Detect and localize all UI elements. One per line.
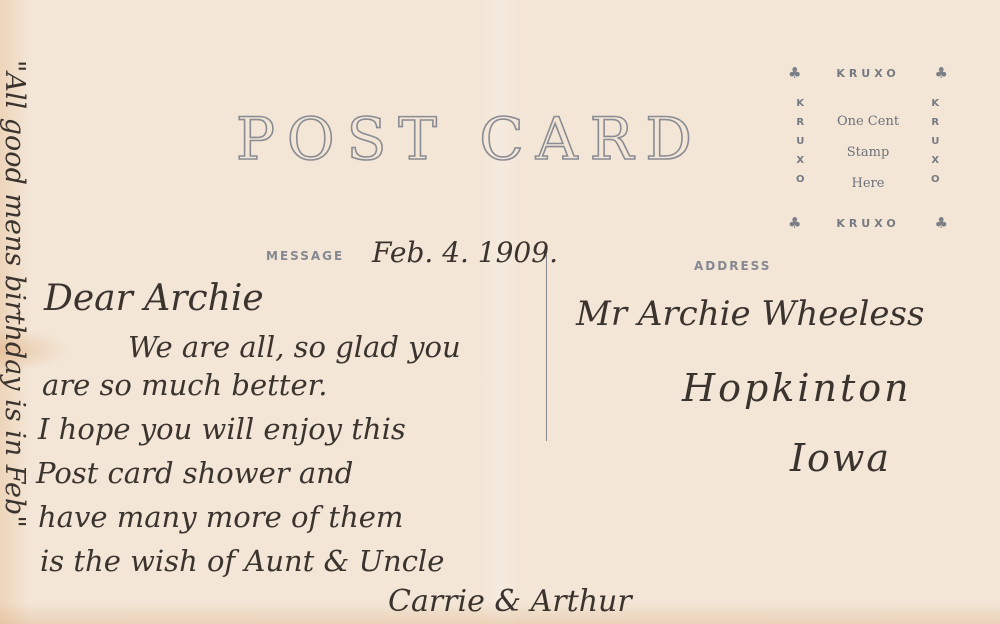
stamp-brand-top: KRUXO — [836, 67, 899, 80]
stamp-letter: K — [796, 94, 805, 113]
post-card-heading: POST CARD — [236, 104, 706, 174]
stamp-letter: U — [931, 132, 940, 151]
message-line: Dear Archie — [44, 278, 264, 319]
message-line: Post card shower and — [36, 456, 353, 490]
stamp-letter: K — [931, 94, 940, 113]
stamp-line-stamp: Stamp — [818, 137, 918, 168]
stamp-letter: U — [796, 132, 805, 151]
address-state: Iowa — [790, 436, 891, 480]
message-line: have many more of them — [38, 500, 403, 534]
address-name: Mr Archie Wheeless — [576, 294, 924, 334]
message-line: We are all, so glad you — [128, 330, 461, 364]
stamp-brand-bottom: KRUXO — [836, 217, 899, 230]
stamp-letter: X — [796, 151, 805, 170]
signature: Carrie & Arthur — [388, 584, 632, 619]
stamp-brand-left: K R U X O — [796, 94, 805, 189]
stamp-letter: O — [796, 170, 805, 189]
stamp-letter: R — [931, 113, 940, 132]
stamp-line-here: Here — [818, 168, 918, 199]
stamp-letter: O — [931, 170, 940, 189]
clover-icon: ♣ — [788, 64, 801, 82]
address-city: Hopkinton — [682, 366, 912, 410]
message-address-divider — [546, 255, 547, 441]
handwritten-date: Feb. 4. 1909. — [372, 236, 558, 269]
stamp-placeholder: ♣ KRUXO ♣ K R U X O K R U X O One Cent S… — [788, 60, 948, 236]
clover-icon: ♣ — [788, 214, 801, 232]
message-label: MESSAGE — [266, 249, 344, 263]
stamp-letter: X — [931, 151, 940, 170]
clover-icon: ♣ — [935, 64, 948, 82]
message-line: is the wish of Aunt & Uncle — [40, 544, 444, 578]
address-label: ADDRESS — [694, 259, 771, 273]
stamp-line-one-cent: One Cent — [818, 106, 918, 137]
message-line: I hope you will enjoy this — [38, 412, 406, 446]
message-line: are so much better. — [42, 368, 328, 402]
handwritten-side-note: "All good mens birthday is in Feb" — [0, 60, 30, 528]
clover-icon: ♣ — [935, 214, 948, 232]
stamp-top-row: ♣ KRUXO ♣ — [788, 64, 948, 82]
stamp-bottom-row: ♣ KRUXO ♣ — [788, 214, 948, 232]
stamp-brand-right: K R U X O — [931, 94, 940, 189]
postcard-back: POST CARD ♣ KRUXO ♣ K R U X O K R U X O … — [0, 0, 1000, 624]
stamp-letter: R — [796, 113, 805, 132]
stamp-instructions: One Cent Stamp Here — [818, 106, 918, 199]
